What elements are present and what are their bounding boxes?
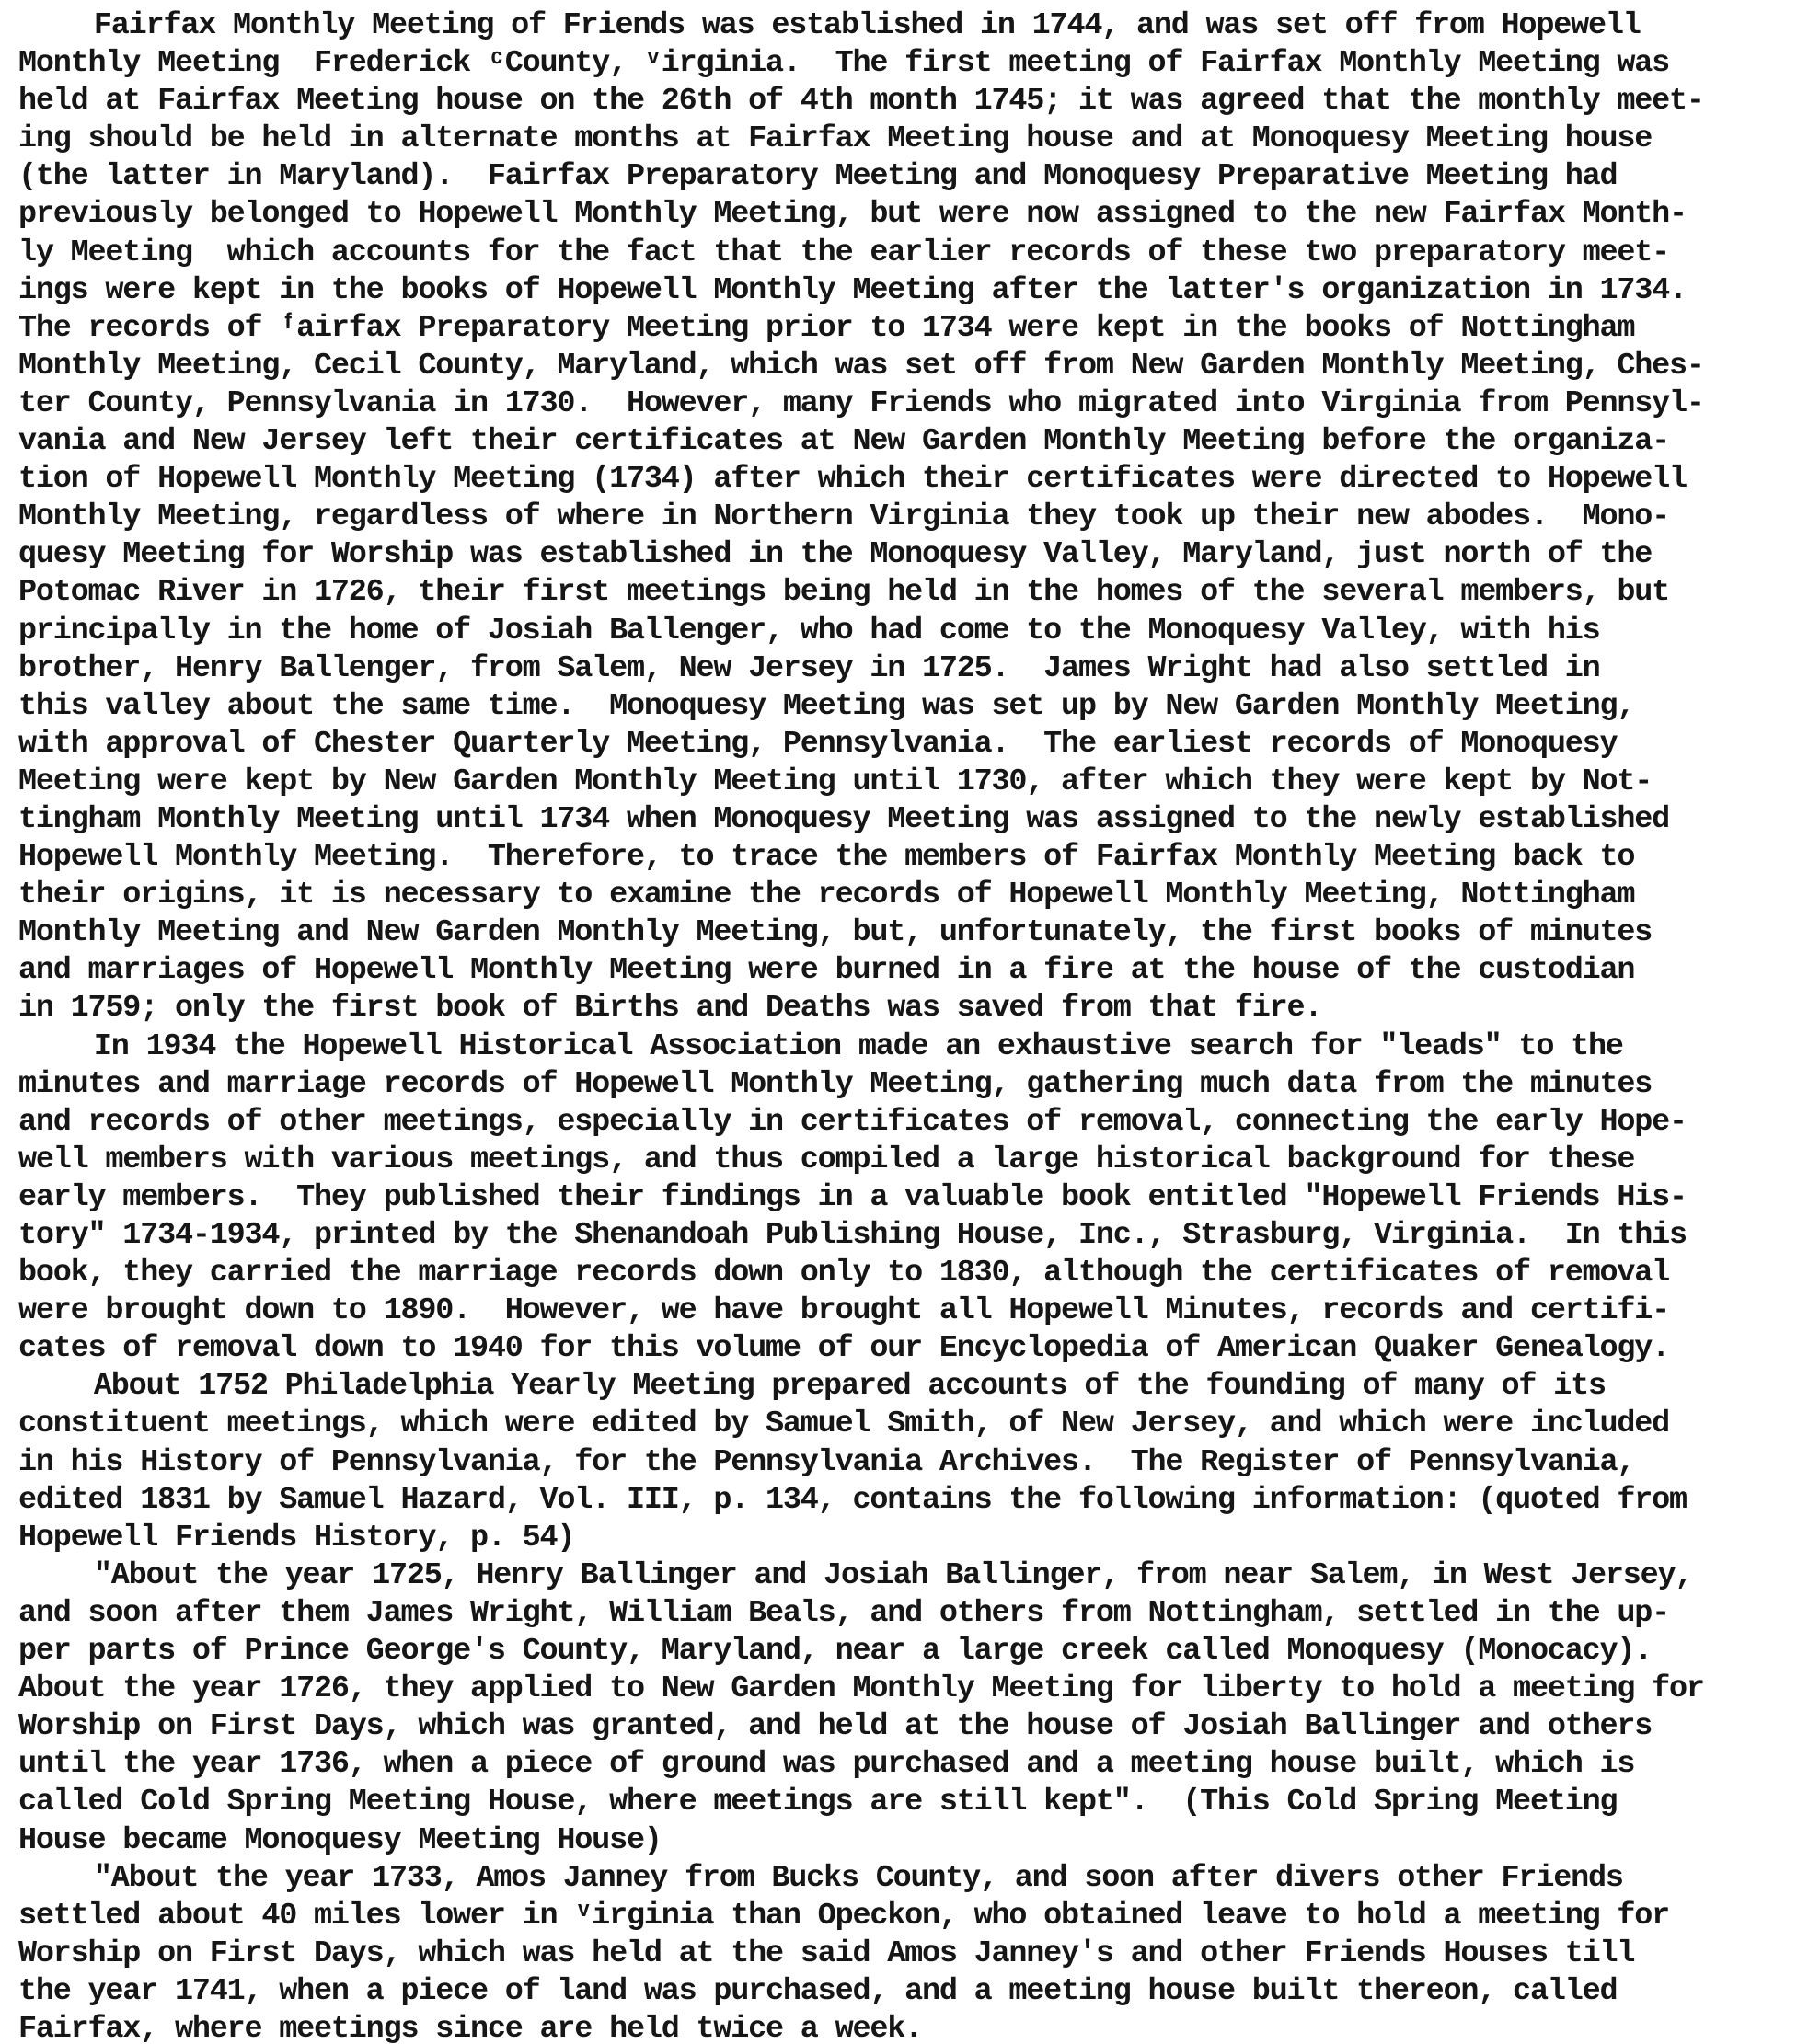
text-line: "About the year 1725, Henry Ballinger an… xyxy=(18,1557,1811,1595)
text-line: their origins, it is necessary to examin… xyxy=(18,877,1811,914)
paragraph: About 1752 Philadelphia Yearly Meeting p… xyxy=(18,1368,1813,1556)
text-line: settled about 40 miles lower in ᵛirginia… xyxy=(18,1898,1811,1935)
text-line: constituent meetings, which were edited … xyxy=(18,1406,1811,1443)
document-page: Fairfax Monthly Meeting of Friends was e… xyxy=(0,0,1820,2044)
text-line: Worship on First Days, which was granted… xyxy=(18,1708,1811,1746)
text-line: tion of Hopewell Monthly Meeting (1734) … xyxy=(18,461,1811,499)
text-line: per parts of Prince George's County, Mar… xyxy=(18,1633,1811,1671)
text-line: principally in the home of Josiah Ballen… xyxy=(18,613,1811,650)
text-line: The records of ᶠairfax Preparatory Meeti… xyxy=(18,310,1811,348)
text-line: until the year 1736, when a piece of gro… xyxy=(18,1746,1811,1784)
text-line: ings were kept in the books of Hopewell … xyxy=(18,272,1811,310)
text-line: called Cold Spring Meeting House, where … xyxy=(18,1784,1811,1821)
text-line: well members with various meetings, and … xyxy=(18,1142,1811,1179)
text-line: early members. They published their find… xyxy=(18,1179,1811,1217)
text-line: and marriages of Hopewell Monthly Meetin… xyxy=(18,952,1811,990)
document-body: Fairfax Monthly Meeting of Friends was e… xyxy=(18,7,1813,2044)
text-line: Fairfax, where meetings since are held t… xyxy=(18,2011,1811,2044)
text-line: this valley about the same time. Monoque… xyxy=(18,688,1811,726)
text-line: edited 1831 by Samuel Hazard, Vol. III, … xyxy=(18,1482,1811,1520)
text-line: brother, Henry Ballenger, from Salem, Ne… xyxy=(18,650,1811,688)
text-line: in 1759; only the first book of Births a… xyxy=(18,990,1811,1028)
text-line: tory" 1734-1934, printed by the Shenando… xyxy=(18,1217,1811,1255)
paragraph: Fairfax Monthly Meeting of Friends was e… xyxy=(18,7,1813,1028)
text-line: ly Meeting which accounts for the fact t… xyxy=(18,235,1811,272)
text-line: ing should be held in alternate months a… xyxy=(18,121,1811,158)
text-line: held at Fairfax Meeting house on the 26t… xyxy=(18,83,1811,121)
text-line: About the year 1726, they applied to New… xyxy=(18,1671,1811,1708)
text-line: Hopewell Monthly Meeting. Therefore, to … xyxy=(18,839,1811,877)
text-line: and soon after them James Wright, Willia… xyxy=(18,1595,1811,1633)
text-line: were brought down to 1890. However, we h… xyxy=(18,1292,1811,1330)
text-line: Monthly Meeting, Cecil County, Maryland,… xyxy=(18,348,1811,385)
text-line: Meeting were kept by New Garden Monthly … xyxy=(18,764,1811,801)
text-line: Fairfax Monthly Meeting of Friends was e… xyxy=(18,7,1811,45)
text-line: About 1752 Philadelphia Yearly Meeting p… xyxy=(18,1368,1811,1406)
text-line: Monthly Meeting Frederick ᶜCounty, ᵛirgi… xyxy=(18,45,1811,83)
text-line: In 1934 the Hopewell Historical Associat… xyxy=(18,1028,1811,1066)
text-line: Potomac River in 1726, their first meeti… xyxy=(18,574,1811,612)
text-line: "About the year 1733, Amos Janney from B… xyxy=(18,1860,1811,1898)
text-line: ter County, Pennsylvania in 1730. Howeve… xyxy=(18,385,1811,423)
text-line: with approval of Chester Quarterly Meeti… xyxy=(18,726,1811,764)
paragraph: "About the year 1725, Henry Ballinger an… xyxy=(18,1557,1813,1860)
text-line: minutes and marriage records of Hopewell… xyxy=(18,1066,1811,1104)
text-line: Hopewell Friends History, p. 54) xyxy=(18,1520,1811,1557)
paragraph: In 1934 the Hopewell Historical Associat… xyxy=(18,1028,1813,1369)
text-line: book, they carried the marriage records … xyxy=(18,1255,1811,1292)
text-line: House became Monoquesy Meeting House) xyxy=(18,1822,1811,1860)
text-line: Monthly Meeting and New Garden Monthly M… xyxy=(18,914,1811,952)
text-line: quesy Meeting for Worship was establishe… xyxy=(18,536,1811,574)
text-line: vania and New Jersey left their certific… xyxy=(18,423,1811,461)
text-line: tingham Monthly Meeting until 1734 when … xyxy=(18,801,1811,839)
text-line: previously belonged to Hopewell Monthly … xyxy=(18,196,1811,234)
text-line: the year 1741, when a piece of land was … xyxy=(18,1973,1811,2011)
paragraph: "About the year 1733, Amos Janney from B… xyxy=(18,1860,1813,2044)
text-line: Monthly Meeting, regardless of where in … xyxy=(18,499,1811,536)
text-line: cates of removal down to 1940 for this v… xyxy=(18,1330,1811,1368)
text-line: in his History of Pennsylvania, for the … xyxy=(18,1444,1811,1482)
text-line: and records of other meetings, especiall… xyxy=(18,1104,1811,1142)
text-line: (the latter in Maryland). Fairfax Prepar… xyxy=(18,158,1811,196)
text-line: Worship on First Days, which was held at… xyxy=(18,1935,1811,1973)
